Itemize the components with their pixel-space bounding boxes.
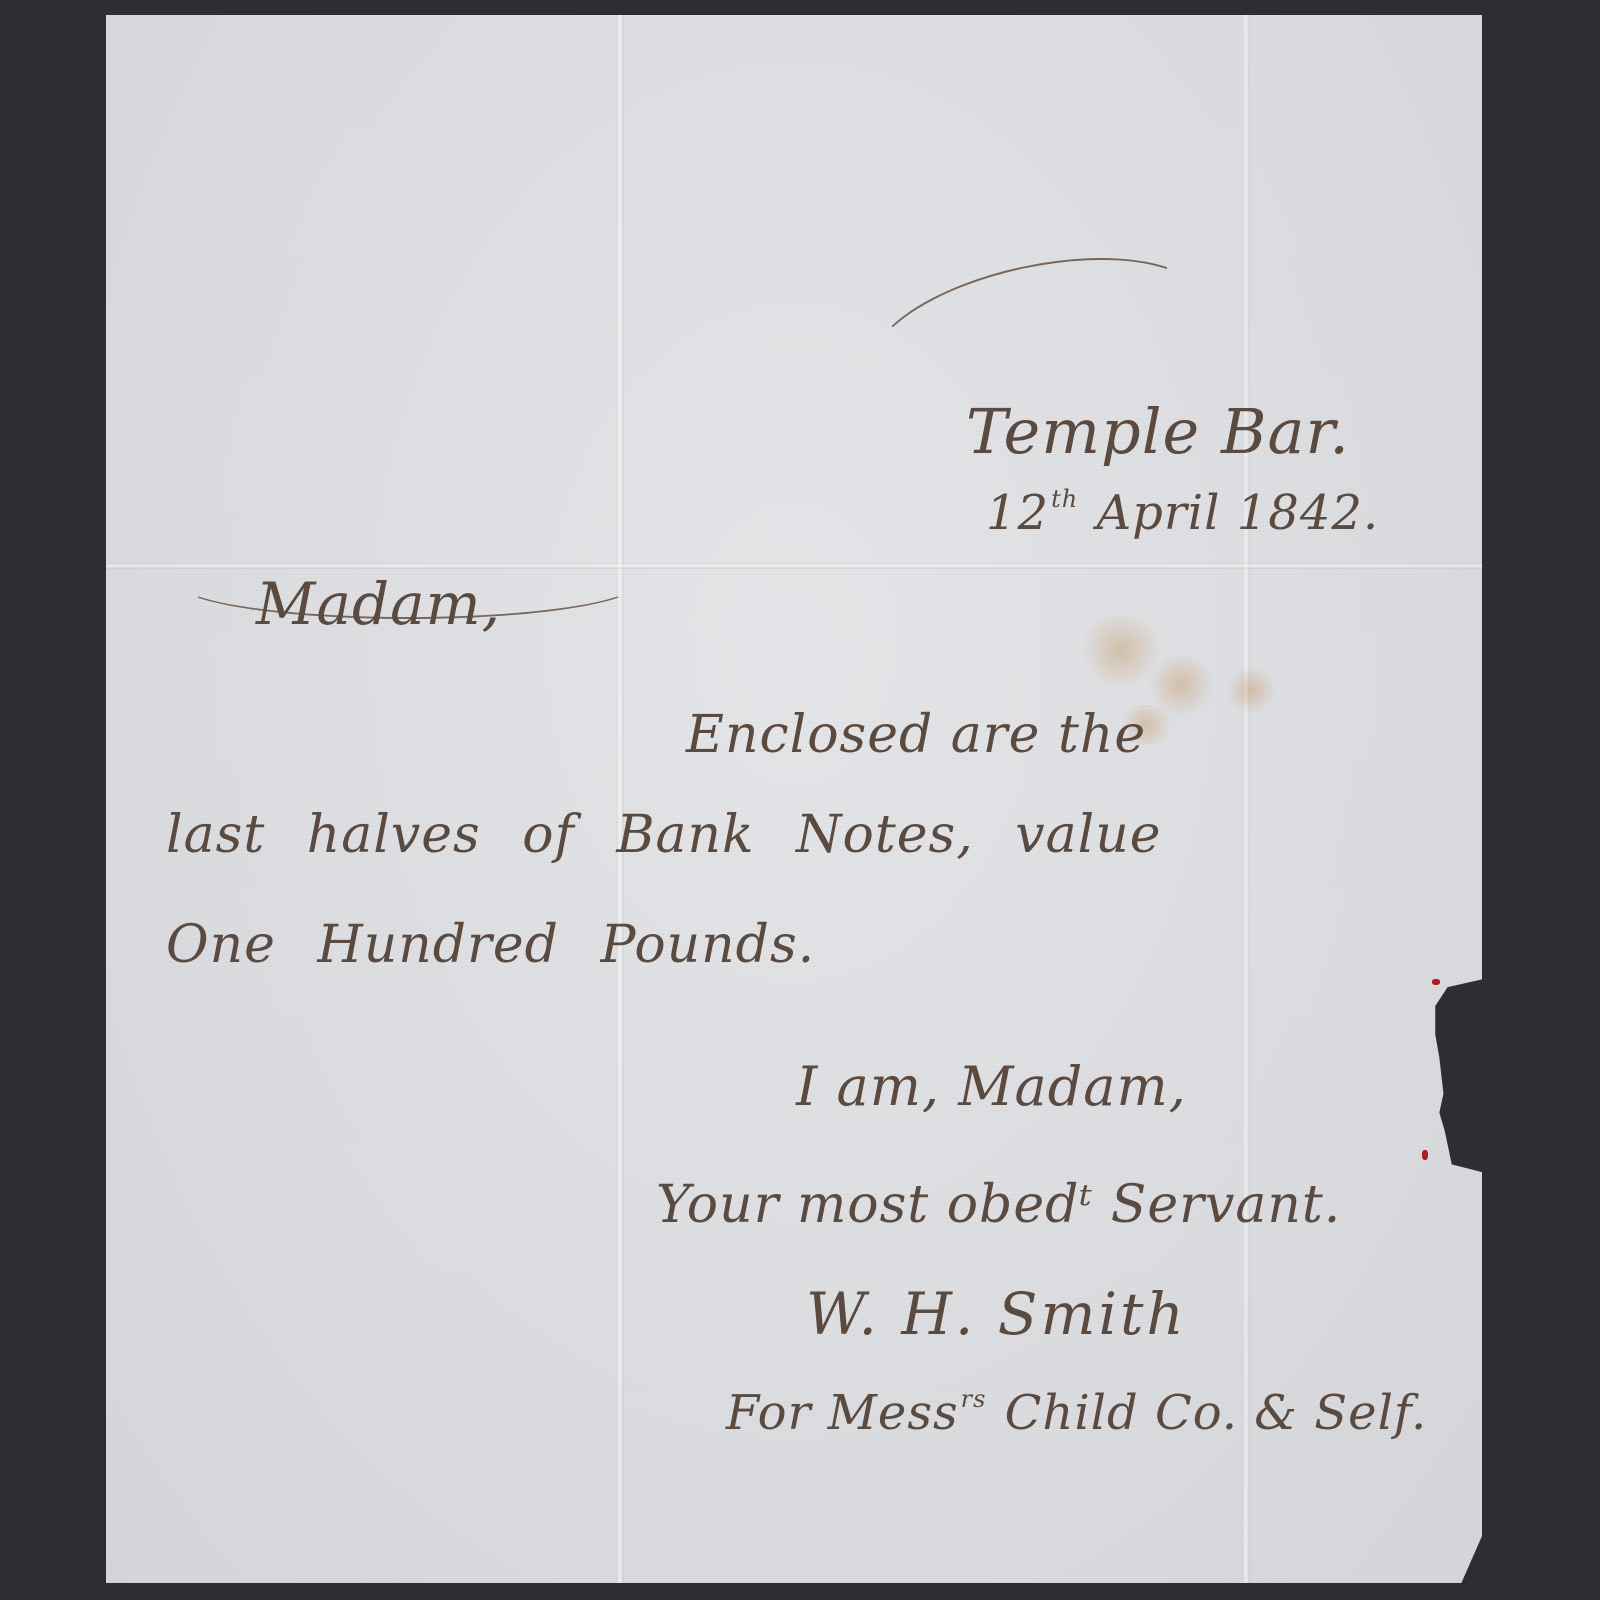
body-line: last halves of Bank Notes, value [166, 805, 1162, 865]
letter-paper: Temple Bar. 12th April 1842. Madam, Encl… [106, 15, 1482, 1583]
firm-prefix: For Mess [726, 1385, 959, 1441]
letter-place: Temple Bar. [966, 395, 1350, 468]
foxing-stain [1226, 665, 1276, 715]
firm-rest: Child Co. & Self. [1005, 1385, 1428, 1441]
scanned-letter: Temple Bar. 12th April 1842. Madam, Encl… [0, 0, 1600, 1600]
closing-line: I am, Madam, [796, 1055, 1187, 1118]
seal-remnant-mark [1422, 1150, 1428, 1160]
fold-line-vertical-right [1242, 15, 1250, 1583]
signature: W. H. Smith [806, 1280, 1187, 1348]
firm-line: For Messrs Child Co. & Self. [726, 1385, 1427, 1441]
salutation: Madam, [256, 570, 501, 638]
closing-line: Your most obedᵗ Servant. [656, 1175, 1341, 1235]
fold-line-vertical-left [616, 15, 624, 1583]
firm-suffix: rs [961, 1385, 987, 1413]
date-day: 12 [986, 485, 1049, 541]
date-suffix: th [1051, 485, 1078, 513]
body-line: Enclosed are the [686, 705, 1146, 765]
date-rest: April 1842. [1096, 485, 1379, 541]
body-line: One Hundred Pounds. [166, 915, 815, 975]
letter-date: 12th April 1842. [986, 485, 1379, 541]
seal-remnant-mark [1432, 979, 1440, 985]
